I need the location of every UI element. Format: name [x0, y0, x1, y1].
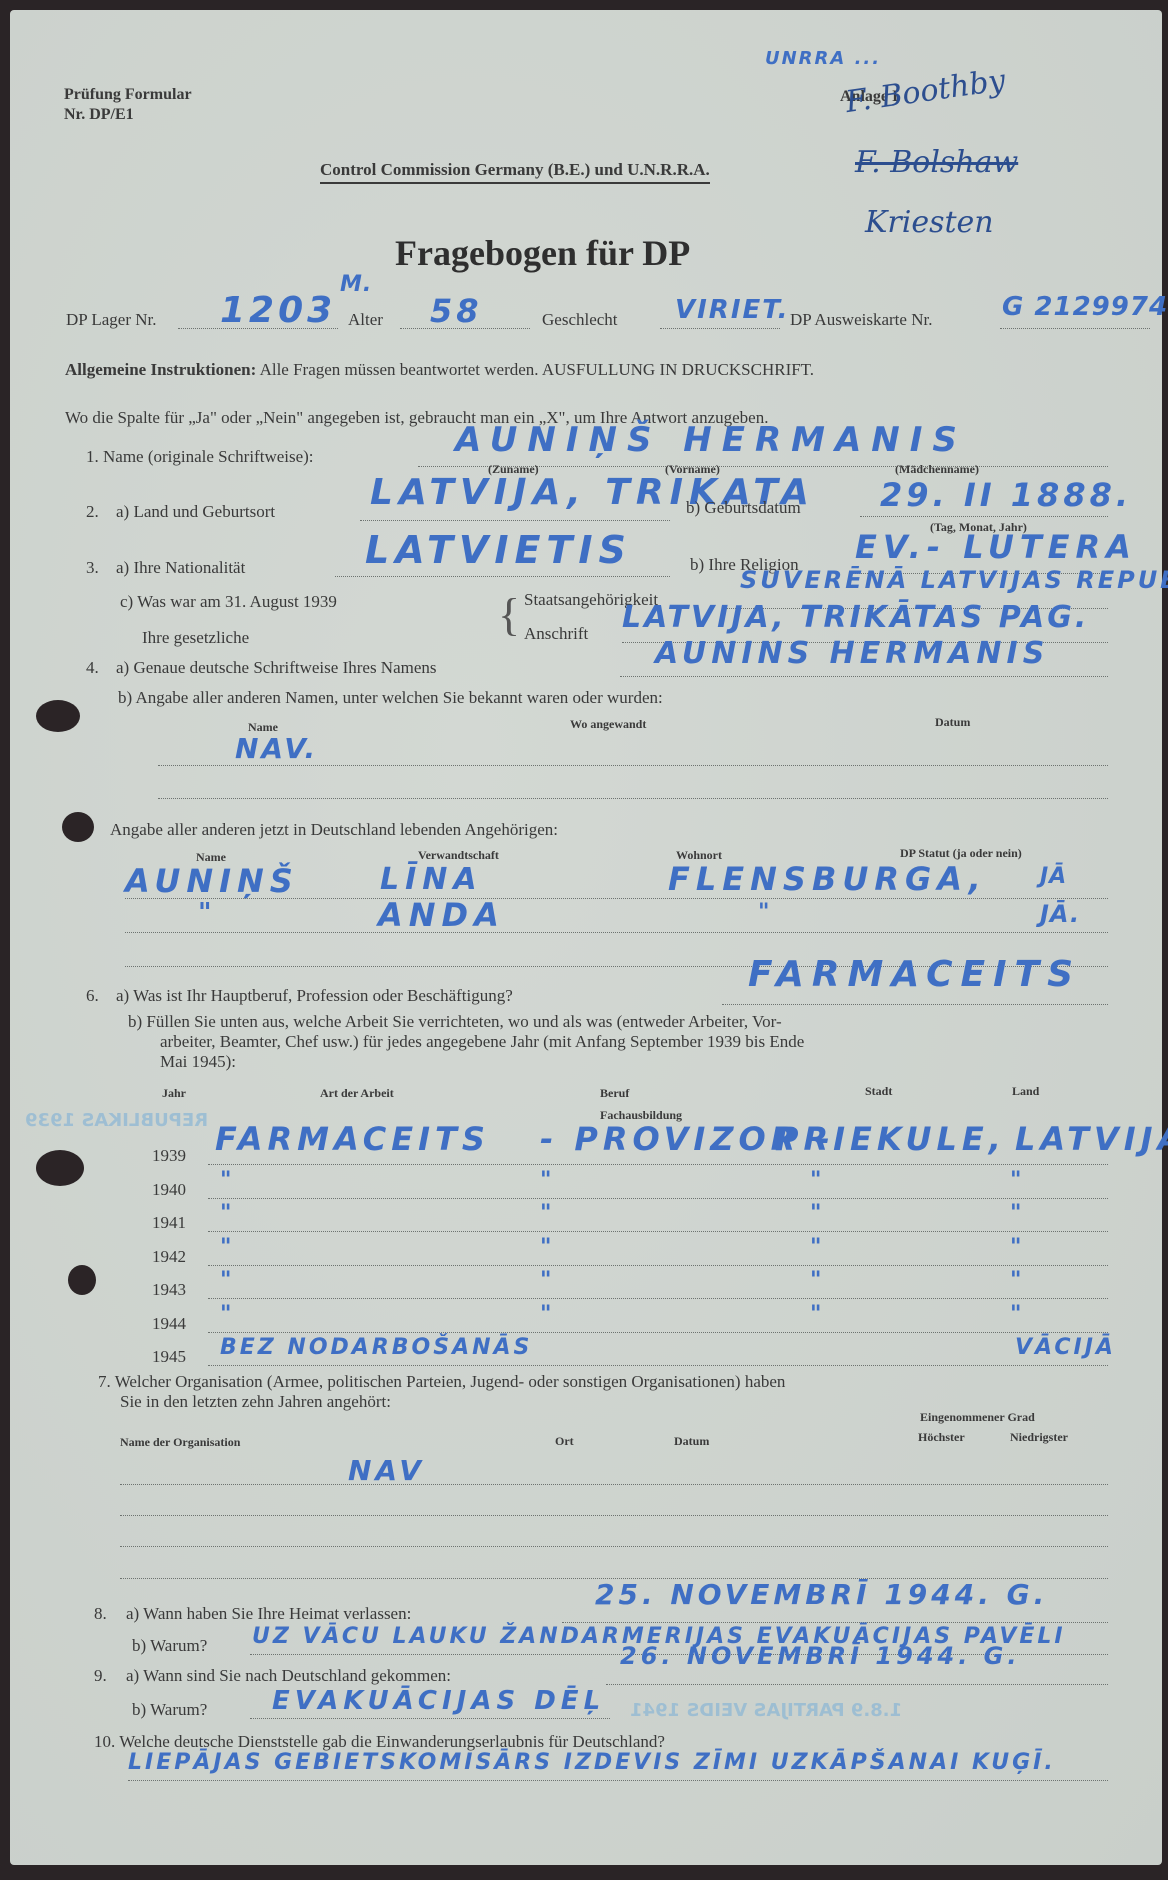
relative-relation[interactable]: LĪNA	[380, 862, 483, 897]
unrra-note: UNRRA ...	[765, 48, 881, 69]
q6b-label-3: Mai 1945):	[160, 1052, 236, 1072]
relative-residence[interactable]: "	[758, 900, 773, 925]
faint-stamp: REPUBLIKAS 1939	[25, 1110, 208, 1131]
employment-year: 1942	[152, 1247, 186, 1267]
q2b-value[interactable]: 29. II 1888.	[880, 476, 1132, 514]
employment-year: 1945	[152, 1347, 186, 1367]
ausweis-label: DP Ausweiskarte Nr.	[790, 310, 932, 330]
q6-num: 6.	[86, 986, 99, 1006]
employment-art[interactable]: "	[220, 1235, 234, 1260]
employment-art[interactable]: "	[220, 1302, 234, 1327]
punch-hole	[62, 812, 94, 842]
lager-suffix[interactable]: M.	[340, 272, 372, 297]
employment-art[interactable]: FARMACEITS	[215, 1120, 490, 1158]
q6-col-land: Land	[1012, 1084, 1039, 1099]
q7-label-1: 7. Welcher Organisation (Armee, politisc…	[98, 1372, 785, 1392]
q8-num: 8.	[94, 1604, 107, 1624]
form-id-line2: Nr. DP/E1	[64, 106, 134, 124]
q9-num: 9.	[94, 1666, 107, 1686]
relative-dp-status[interactable]: JĀ.	[1040, 900, 1080, 928]
instructions: Allgemeine Instruktionen: Alle Fragen mü…	[65, 360, 814, 380]
employment-stadt[interactable]: "	[810, 1201, 824, 1226]
q10-label: 10. Welche deutsche Dienststelle gab die…	[94, 1732, 665, 1752]
q5-label: Angabe aller anderen jetzt in Deutschlan…	[110, 820, 558, 840]
q3c-label1: c) Was war am 31. August 1939	[120, 592, 337, 612]
q3-num: 3.	[86, 558, 99, 578]
q5-col-verwandt: Verwandtschaft	[418, 848, 499, 863]
q9a-label: a) Wann sind Sie nach Deutschland gekomm…	[126, 1666, 451, 1686]
q6b-label-2: arbeiter, Beamter, Chef usw.) für jedes …	[160, 1032, 804, 1052]
employment-stadt[interactable]: "	[810, 1268, 824, 1293]
q3c-brace: {	[498, 588, 520, 641]
employment-art[interactable]: "	[220, 1201, 234, 1226]
q3a-value[interactable]: LATVIETIS	[365, 528, 632, 572]
relative-dp-status[interactable]: JĀ	[1040, 864, 1067, 889]
row-line	[208, 1265, 1108, 1266]
q3a-label: a) Ihre Nationalität	[116, 558, 245, 578]
q4b-value[interactable]: NAV.	[235, 732, 318, 765]
q8a-value[interactable]: 25. NOVEMBRĪ 1944. G.	[595, 1578, 1048, 1611]
employment-land[interactable]: LATVIJA	[1015, 1120, 1168, 1158]
instructions-text: Alle Fragen müssen beantwortet werden. A…	[260, 360, 815, 379]
q4-col-wo: Wo angewandt	[570, 717, 646, 732]
q3c-anschrift-label: Anschrift	[524, 624, 588, 644]
q6a-value[interactable]: FARMACEITS	[748, 954, 1081, 995]
q8b-label: b) Warum?	[132, 1636, 207, 1656]
instructions-label: Allgemeine Instruktionen:	[65, 360, 256, 379]
q4a-value[interactable]: AUNINS HERMANIS	[655, 636, 1049, 671]
row-line	[208, 1298, 1108, 1299]
employment-land[interactable]: "	[1010, 1268, 1024, 1293]
employment-art[interactable]: "	[220, 1168, 234, 1193]
employment-year: 1940	[152, 1180, 186, 1200]
employment-land[interactable]: VĀCIJĀ	[1015, 1335, 1116, 1360]
q9b-label: b) Warum?	[132, 1700, 207, 1720]
lager-value[interactable]: 1203	[220, 290, 336, 331]
employment-beruf[interactable]: "	[540, 1168, 554, 1193]
q3b-value[interactable]: EV.- LUTERA	[855, 528, 1137, 566]
row-line	[208, 1231, 1108, 1232]
q3c-label2: Ihre gesetzliche	[142, 628, 249, 648]
q2a-label: a) Land und Geburtsort	[116, 502, 275, 522]
row-line	[208, 1332, 1108, 1333]
q1-label: 1. Name (originale Schriftweise):	[86, 447, 314, 467]
q6a-label: a) Was ist Ihr Hauptberuf, Profession od…	[116, 986, 513, 1006]
employment-land[interactable]: "	[1010, 1235, 1024, 1260]
employment-land[interactable]: "	[1010, 1302, 1024, 1327]
employment-beruf[interactable]: "	[540, 1235, 554, 1260]
relative-name[interactable]: AUNIŅŠ	[125, 862, 299, 900]
punch-hole	[36, 1150, 84, 1186]
q7-col-name: Name der Organisation	[120, 1435, 240, 1450]
geschlecht-label: Geschlecht	[542, 310, 618, 330]
employment-stadt[interactable]: "	[810, 1235, 824, 1260]
q1-value[interactable]: AUNIŅŠ HERMANIS	[455, 420, 967, 460]
alter-label: Alter	[348, 310, 383, 330]
q7-col-niedrigster: Niedrigster	[1010, 1430, 1068, 1445]
q1-sub-maedchen: (Mädchenname)	[895, 462, 979, 477]
form-id-line1: Prüfung Formular	[64, 86, 192, 104]
row-line	[208, 1198, 1108, 1199]
geschlecht-value[interactable]: VIRIET.	[675, 295, 789, 325]
q7-col-hoechster: Höchster	[918, 1430, 965, 1445]
q4a-label: a) Genaue deutsche Schriftweise Ihres Na…	[116, 658, 437, 678]
q7-col-ort: Ort	[555, 1434, 574, 1449]
q5-col-status: DP Statut (ja oder nein)	[900, 846, 1022, 861]
q7-col-datum: Datum	[674, 1434, 709, 1449]
q8a-label: a) Wann haben Sie Ihre Heimat verlassen:	[126, 1604, 411, 1624]
employment-art[interactable]: "	[220, 1268, 234, 1293]
q7-value[interactable]: NAV	[348, 1454, 425, 1487]
q4b-label: b) Angabe aller anderen Namen, unter wel…	[118, 688, 663, 708]
q6-col-art: Art der Arbeit	[320, 1086, 394, 1101]
employment-year: 1941	[152, 1213, 186, 1233]
q6-col-stadt: Stadt	[865, 1084, 892, 1099]
q6b-label-1: b) Füllen Sie unten aus, welche Arbeit S…	[128, 1012, 782, 1032]
q4-num: 4.	[86, 658, 99, 678]
employment-beruf[interactable]: "	[540, 1302, 554, 1327]
page-title: Fragebogen für DP	[395, 232, 690, 274]
alter-value[interactable]: 58	[430, 292, 483, 330]
signature-3: Kriesten	[865, 205, 994, 240]
punch-hole	[36, 700, 80, 732]
employment-beruf[interactable]: "	[540, 1268, 554, 1293]
employment-land[interactable]: "	[1010, 1201, 1024, 1226]
employment-stadt[interactable]: PRIEKULE,	[775, 1120, 1006, 1158]
employment-stadt[interactable]: "	[810, 1168, 824, 1193]
lager-label: DP Lager Nr.	[66, 310, 157, 330]
ausweis-value[interactable]: G 21299740	[1002, 292, 1168, 322]
q6-col-beruf: Beruf	[600, 1086, 629, 1101]
employment-year: 1943	[152, 1280, 186, 1300]
relative-name[interactable]: "	[198, 898, 216, 928]
faint-stamp: 1.8.9 PARTIJAS VEIDS 1941	[630, 1700, 902, 1721]
employment-beruf[interactable]: "	[540, 1201, 554, 1226]
q6-col-jahr: Jahr	[162, 1086, 186, 1101]
q9b-value[interactable]: EVAKUĀCIJAS DĒĻ	[272, 1686, 605, 1716]
q3c-staat-value[interactable]: SUVERĒNĀ LATVIJAS REPUB.	[740, 566, 1168, 594]
employment-land[interactable]: "	[1010, 1168, 1024, 1193]
row-line	[208, 1164, 1108, 1165]
questionnaire-page: REPUBLIKAS 1939 1.8.9 PARTIJAS VEIDS 194…	[10, 10, 1162, 1865]
q9a-value[interactable]: 26. NOVEMBRĪ 1944. G.	[620, 1642, 1021, 1670]
row-line	[208, 1365, 1108, 1366]
commission-title: Control Commission Germany (B.E.) und U.…	[320, 160, 710, 184]
q2-num: 2.	[86, 502, 99, 522]
relative-residence[interactable]: FLENSBURGA,	[668, 860, 987, 898]
q2b-label: b) Geburtsdatum	[686, 498, 801, 518]
q7-label-2: Sie in den letzten zehn Jahren angehört:	[120, 1392, 391, 1412]
employment-art[interactable]: BEZ NODARBOŠANĀS	[220, 1335, 532, 1360]
q7-col-grad: Eingenommener Grad	[920, 1410, 1035, 1425]
employment-year: 1939	[152, 1146, 186, 1166]
q4-col-datum: Datum	[935, 715, 970, 730]
signature-2: F. Bolshaw	[855, 145, 1018, 180]
employment-stadt[interactable]: "	[810, 1302, 824, 1327]
relative-relation[interactable]: ANDA	[378, 896, 505, 934]
signature-1: F. Boothby	[843, 63, 1007, 120]
q10-value[interactable]: LIEPĀJAS GEBIETSKOMISĀRS IZDEVIS ZĪMI UZ…	[128, 1750, 1056, 1775]
employment-year: 1944	[152, 1314, 186, 1334]
punch-hole	[68, 1265, 96, 1295]
q3c-anschrift-value[interactable]: LATVIJA, TRIKĀTAS PAG.	[622, 600, 1089, 635]
